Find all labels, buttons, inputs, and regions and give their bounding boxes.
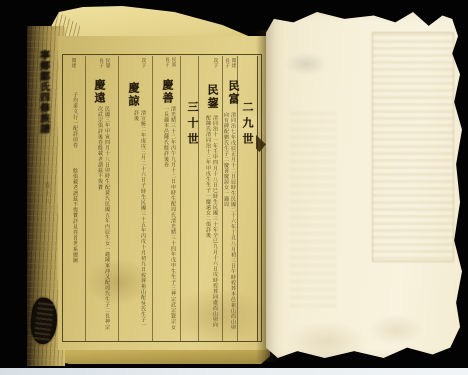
book-scan-stage: 寧鄉鄒氏四修族譜 卷十八 二九世 閏達長子 民富 清同治七年戊辰正月十二日辰時生… — [0, 0, 468, 375]
spine-volume-mark: 卷十八 — [42, 182, 51, 206]
showthrough-text-blocks — [290, 112, 336, 312]
entry-bio-text: 民國三年甲寅四月十八日卯時生配黃氏民國五年丙辰生女一適陳家沖又配周氏生子二長神宗… — [96, 106, 110, 334]
entry-relation-label: 閏達長子 — [223, 58, 236, 71]
column-divider — [180, 56, 181, 341]
entry-bio-text: 清同治七年戊辰正月十二日辰時生民國二十六年丁丑八月初三日午時歿葬本邑祖山酉山卯向… — [222, 112, 236, 334]
generation-header-29: 二九世 — [239, 101, 255, 149]
showthrough-frame — [372, 32, 454, 262]
entry-bio-text: 清同治十一年壬申四月十八日巳時生民國三十年辛巳九月十六日戌時歿葬同處酉山卯向配陳… — [204, 115, 218, 330]
scanner-bed-strip — [0, 368, 468, 375]
column-divider — [152, 56, 153, 341]
right-page — [266, 12, 462, 358]
spine-title: 寧鄉鄒氏四修族譜 — [36, 50, 50, 134]
entry-name: 慶諒 — [125, 82, 141, 108]
entry-relation-label: 民富長子 — [163, 57, 176, 70]
entry-relation-label: 次子 — [140, 58, 147, 76]
column-divider — [85, 56, 86, 341]
entry-name: 慶善 — [159, 79, 175, 105]
entry-name: 民富 — [225, 80, 241, 106]
entry-bio-text: 清光緒三十二年丙午九月十二日申時生配周氏清光緒三十四年戊申生生子三神宗武宗賢宗女… — [162, 106, 176, 331]
entry-bio-text: 清宣統二年庚戌三月二十六日子時生民國三十五年丙戌十月初九日歿葬祖山配吳氏生子一詳… — [132, 110, 146, 330]
entry-relation-label: 次子 — [212, 58, 219, 76]
entry-name: 民鋆 — [204, 84, 220, 110]
ink-stamp-marks — [34, 301, 55, 341]
column-divider — [118, 56, 119, 341]
column-divider — [198, 56, 199, 341]
side-note-upper: 子均甫文行一配詳前卷 — [71, 92, 78, 154]
side-column-label: 閏達 — [70, 58, 77, 76]
side-note-lower: 餘俱載老譜茲不復贅詳見卷首世系總圖 — [71, 168, 78, 268]
entry-relation-label: 民鋆長子 — [97, 58, 110, 71]
generation-header-30: 三十世 — [184, 101, 200, 149]
entry-name: 慶遠 — [91, 79, 107, 105]
